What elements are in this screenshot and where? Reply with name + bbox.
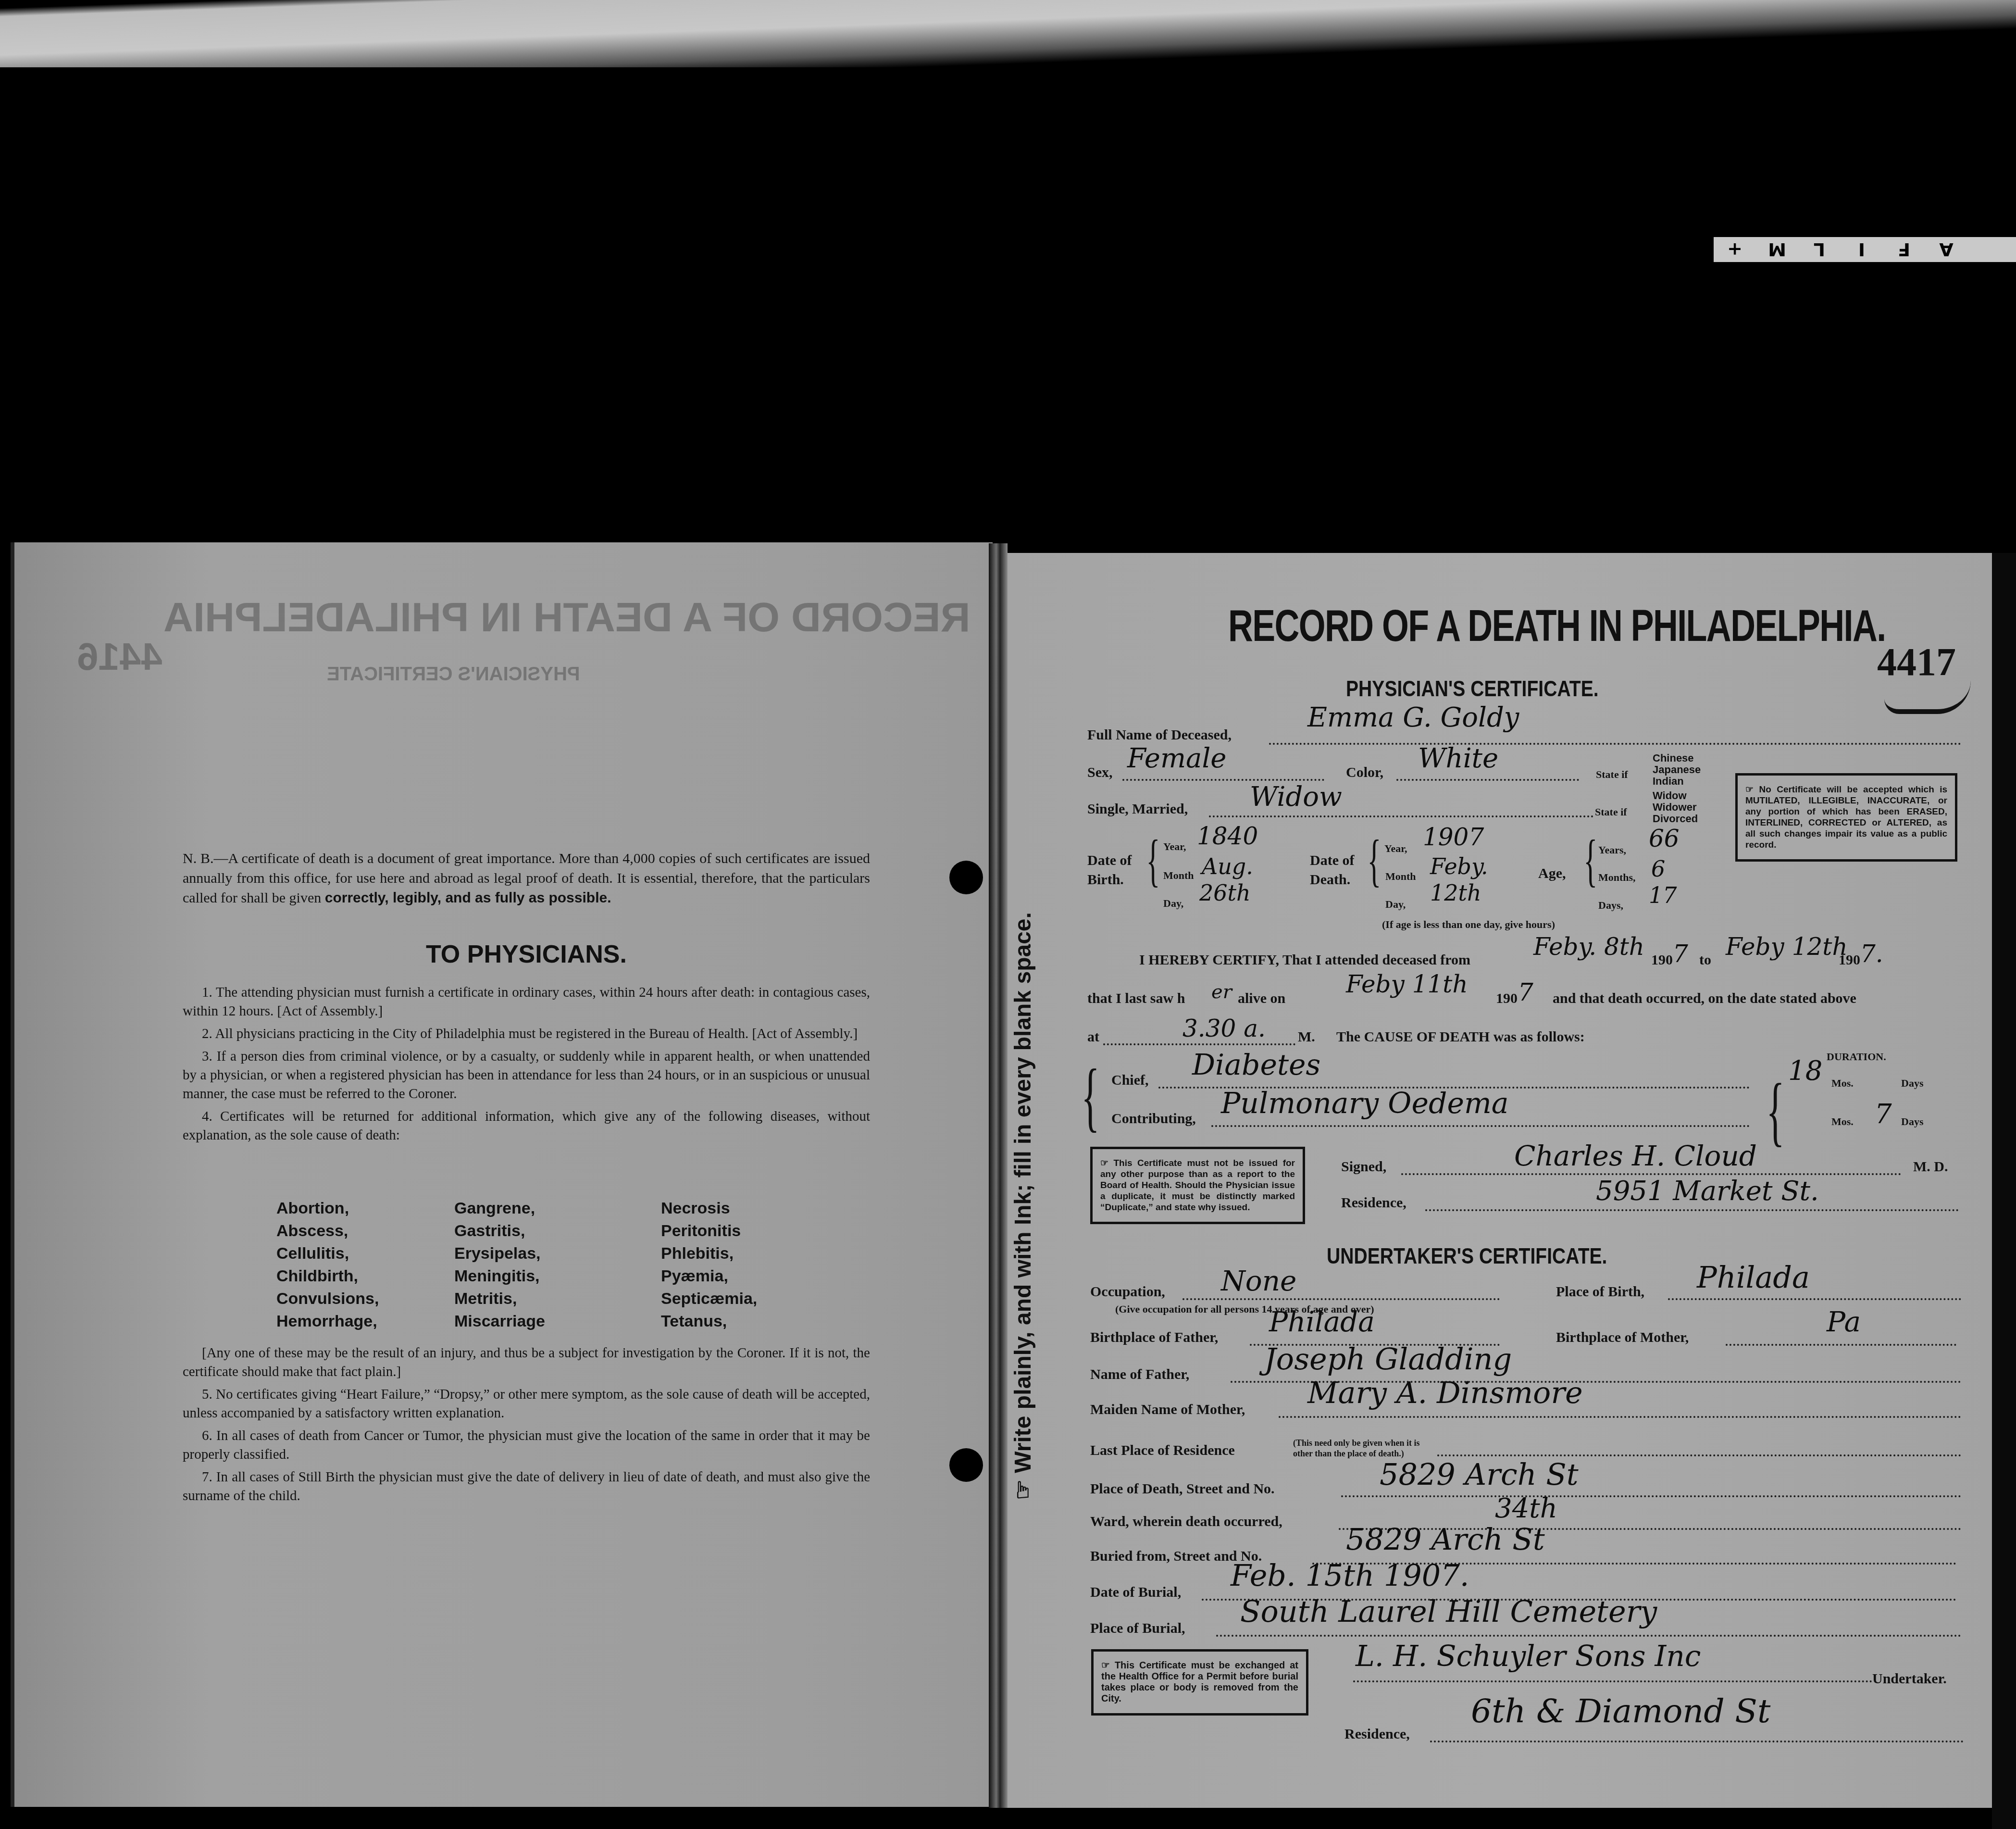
option: Chinese — [1653, 752, 1701, 764]
label-day: Day, — [1163, 897, 1183, 910]
field-line — [1396, 779, 1579, 781]
value-birthplace-mother[interactable]: Pa — [1827, 1305, 1861, 1338]
label-to: to — [1699, 952, 1711, 968]
field-line — [1182, 1298, 1500, 1300]
value-occupation[interactable]: None — [1221, 1265, 1296, 1297]
disease: Abscess, — [276, 1220, 454, 1242]
value-attended-to[interactable]: Feby 12th — [1726, 933, 1848, 961]
label-certify-attended: I HEREBY CERTIFY, That I attended deceas… — [1139, 952, 1470, 968]
label-days: Days, — [1598, 899, 1623, 912]
field-line — [1353, 1680, 1872, 1682]
label-signed: Signed, — [1341, 1159, 1386, 1175]
binder-hole — [949, 1448, 983, 1482]
physician-rules-continued: [Any one of these may be the result of a… — [183, 1344, 870, 1509]
option: Indian — [1653, 776, 1701, 787]
label-last-saw: that I last saw h — [1087, 990, 1185, 1007]
value-birth-month[interactable]: Aug. — [1202, 853, 1253, 879]
label-mos: Mos. — [1831, 1077, 1854, 1090]
value-birth-day[interactable]: 26th — [1199, 880, 1251, 906]
value-age-years[interactable]: 66 — [1649, 825, 1680, 852]
race-options: Chinese Japanese Indian — [1653, 752, 1701, 787]
disease: Abortion, — [276, 1197, 454, 1220]
value-attended-from[interactable]: Feby. 8th — [1533, 933, 1644, 961]
disease: Childbirth, — [276, 1265, 454, 1288]
label-year-prefix: 190 — [1839, 952, 1860, 968]
to-physicians-heading: TO PHYSICIANS. — [183, 940, 870, 969]
field-line — [1122, 779, 1324, 781]
notice-certificate-purpose: ☞ This Certificate must not be issued fo… — [1090, 1147, 1305, 1224]
label-days: Days — [1901, 1115, 1923, 1128]
value-attended-from-year[interactable]: 7 — [1673, 940, 1688, 968]
film-glyph: M — [1756, 239, 1798, 260]
value-time-of-death[interactable]: 3.30 a. — [1182, 1015, 1266, 1042]
field-line — [1430, 1741, 1964, 1742]
field-line — [1269, 743, 1961, 745]
label-mos: Mos. — [1831, 1115, 1854, 1128]
label-year-prefix: 190 — [1496, 990, 1518, 1007]
value-chief-cause[interactable]: Diabetes — [1192, 1048, 1320, 1082]
film-edge-band — [0, 0, 2016, 67]
label-place-of-death: Place of Death, Street and No. — [1090, 1481, 1275, 1497]
disease: Peritonitis — [661, 1220, 829, 1242]
label-year-prefix: 190 — [1651, 952, 1673, 968]
field-line — [1437, 1454, 1961, 1456]
value-marital[interactable]: Widow — [1250, 781, 1342, 813]
rule-item: 2. All physicians practicing in the City… — [183, 1025, 870, 1043]
disease: Meningitis, — [454, 1265, 661, 1288]
label-state-if: State if — [1595, 806, 1627, 818]
certificate-title: RECORD OF A DEATH IN PHILADELPHIA. — [1228, 601, 1886, 651]
field-line — [1726, 1344, 1956, 1346]
value-birth-year[interactable]: 1840 — [1197, 822, 1258, 850]
label-single-married: Single, Married, — [1087, 801, 1188, 817]
field-line — [1341, 1495, 1961, 1497]
value-physician-signature[interactable]: Charles H. Cloud — [1514, 1140, 1757, 1172]
value-undertaker-residence[interactable]: 6th & Diamond St — [1471, 1692, 1770, 1730]
value-last-seen[interactable]: Feby 11th — [1346, 970, 1468, 998]
label-birthplace-father: Birthplace of Father, — [1090, 1329, 1218, 1346]
label-duration: DURATION. — [1827, 1051, 1886, 1063]
notice-exchange-permit: ☞ This Certificate must be exchanged at … — [1091, 1649, 1308, 1716]
disease: Hemorrhage, — [276, 1310, 454, 1333]
label-last-residence-note: (This need only be given when it is othe… — [1293, 1438, 1432, 1459]
value-birthplace-father[interactable]: Philada — [1269, 1305, 1375, 1338]
label-full-name: Full Name of Deceased, — [1087, 727, 1232, 743]
label-sex: Sex, — [1087, 764, 1113, 781]
disease: Erysipelas, — [454, 1242, 661, 1265]
film-glyph: A — [1925, 239, 1967, 260]
rule-item: 7. In all cases of Still Birth the physi… — [183, 1468, 870, 1505]
film-glyph: L — [1798, 239, 1841, 260]
label-month: Month — [1163, 869, 1194, 882]
option: Divorced — [1653, 813, 1698, 825]
value-attended-to-year[interactable]: 7. — [1860, 940, 1883, 968]
label-day: Day, — [1385, 898, 1406, 911]
label-cause-intro: The CAUSE OF DEATH was as follows: — [1336, 1029, 1585, 1045]
brace-icon: { — [1766, 1072, 1784, 1149]
value-undertaker-signature[interactable]: L. H. Schuyler Sons Inc — [1356, 1640, 1701, 1673]
rule-item: 6. In all cases of death from Cancer or … — [183, 1427, 870, 1464]
field-line — [1279, 1416, 1961, 1418]
brace-icon: { — [1081, 1058, 1099, 1135]
label-death-occurred: and that death occurred, on the date sta… — [1553, 990, 1856, 1007]
field-line — [1211, 1125, 1750, 1127]
label-month: Month — [1385, 870, 1416, 883]
field-line — [1209, 815, 1593, 817]
label-md: M. D. — [1913, 1159, 1948, 1175]
label-year: Year, — [1384, 842, 1407, 855]
label-undertaker-residence: Residence, — [1344, 1726, 1410, 1742]
film-leader-strip: + M L I F A — [1714, 237, 2016, 262]
label-last-residence: Last Place of Residence — [1090, 1442, 1235, 1459]
value-contributing-duration-days[interactable]: 7 — [1875, 1099, 1892, 1130]
value-ward[interactable]: 34th — [1495, 1493, 1557, 1524]
rule-item: 5. No certificates giving “Heart Failure… — [183, 1385, 870, 1423]
marital-options: Widow Widower Divorced — [1653, 790, 1698, 825]
label-chief: Chief, — [1111, 1072, 1149, 1089]
ghost-subtitle-bleedthrough: PHYSICIAN'S CERTIFICATE — [327, 664, 580, 685]
label-contributing: Contributing, — [1111, 1111, 1196, 1127]
film-glyph: F — [1883, 239, 1925, 260]
margin-instruction: ☞ Write plainly, and with Ink; fill in e… — [1009, 912, 1036, 1500]
disease: Miscarriage — [454, 1310, 661, 1333]
label-state-if: State if — [1596, 768, 1628, 781]
label-date-of-death: Date of Death. — [1310, 851, 1358, 889]
value-date-burial[interactable]: Feb. 15th 1907. — [1231, 1558, 1469, 1593]
value-physician-residence[interactable]: 5951 Market St. — [1596, 1176, 1819, 1207]
disease: Cellulitis, — [276, 1242, 454, 1265]
binder-hole — [949, 861, 983, 894]
rule-item: 1. The attending physician must furnish … — [183, 983, 870, 1021]
physician-rules: 1. The attending physician must furnish … — [183, 983, 870, 1149]
film-glyph: I — [1841, 239, 1883, 260]
label-undertaker: Undertaker. — [1872, 1671, 1947, 1687]
label-age-hours-note: (If age is less than one day, give hours… — [1382, 918, 1555, 931]
field-line — [1103, 1043, 1295, 1045]
label-name-father: Name of Father, — [1090, 1366, 1189, 1383]
disease: Necrosis — [661, 1197, 829, 1220]
value-maiden-mother[interactable]: Mary A. Dinsmore — [1307, 1375, 1583, 1410]
label-months: Months, — [1598, 871, 1636, 884]
label-place-burial: Place of Burial, — [1090, 1620, 1185, 1637]
label-days: Days — [1901, 1077, 1923, 1090]
disease: Septicæmia, — [661, 1288, 829, 1310]
disease: Convulsions, — [276, 1288, 454, 1310]
label-date-of-birth: Date of Birth. — [1087, 851, 1135, 889]
film-edge-right — [1992, 553, 2016, 1829]
label-occupation: Occupation, — [1090, 1284, 1165, 1300]
value-age-days[interactable]: 17 — [1649, 882, 1677, 908]
label-maiden-mother: Maiden Name of Mother, — [1090, 1402, 1245, 1418]
disease: Metritis, — [454, 1288, 661, 1310]
brace-icon: { — [1583, 832, 1597, 889]
label-years: Years, — [1598, 844, 1626, 856]
option: Widower — [1653, 802, 1698, 813]
option: Japanese — [1653, 764, 1701, 776]
field-line — [1425, 1209, 1959, 1211]
value-place-burial[interactable]: South Laurel Hill Cemetery — [1240, 1594, 1657, 1629]
disease: Pyæmia, — [661, 1265, 829, 1288]
field-line — [1668, 1298, 1961, 1300]
label-ward: Ward, wherein death occurred, — [1090, 1514, 1282, 1530]
value-contributing-cause[interactable]: Pulmonary Oedema — [1221, 1087, 1509, 1120]
label-color: Color, — [1346, 764, 1383, 781]
label-date-burial: Date of Burial, — [1090, 1584, 1181, 1601]
value-name-father[interactable]: Joseph Gladding — [1264, 1341, 1512, 1377]
field-line — [1216, 1635, 1961, 1637]
label-residence: Residence, — [1341, 1195, 1406, 1211]
nb-notice: N. B.—A certificate of death is a docume… — [183, 849, 870, 908]
disease-list: Abortion, Gangrene, Necrosis Abscess, Ga… — [276, 1197, 829, 1333]
brace-icon: { — [1367, 832, 1381, 889]
option: Widow — [1653, 790, 1698, 802]
value-buried-from[interactable]: 5829 Arch St — [1346, 1522, 1545, 1557]
nb-emphasis: correctly, legibly, and as fully as poss… — [325, 890, 611, 906]
value-chief-duration-mos[interactable]: 18 — [1788, 1055, 1822, 1087]
label-at: at — [1087, 1029, 1099, 1045]
label-place-of-birth: Place of Birth, — [1556, 1284, 1644, 1300]
value-color[interactable]: White — [1418, 743, 1498, 774]
label-alive-on: alive on — [1238, 990, 1285, 1007]
disease: Phlebitis, — [661, 1242, 829, 1265]
label-year: Year, — [1163, 840, 1186, 853]
field-line — [1401, 1173, 1901, 1175]
value-full-name[interactable]: Emma G. Goldy — [1307, 702, 1519, 733]
notice-no-certificate-accepted: ☞ No Certificate will be accepted which … — [1735, 773, 1957, 862]
label-birthplace-mother: Birthplace of Mother, — [1556, 1329, 1689, 1346]
rule-item: 3. If a person dies from criminal violen… — [183, 1047, 870, 1103]
value-death-day[interactable]: 12th — [1430, 880, 1481, 906]
value-pronoun[interactable]: er — [1211, 981, 1232, 1003]
label-age: Age, — [1538, 865, 1566, 882]
certificate-number: 4417 — [1877, 639, 1956, 685]
value-age-months[interactable]: 6 — [1651, 856, 1665, 882]
ghost-title-bleedthrough: RECORD OF A DEATH IN PHILADELPHIA — [163, 594, 971, 641]
value-death-month[interactable]: Feby. — [1430, 853, 1488, 879]
value-last-seen-year[interactable]: 7 — [1518, 978, 1533, 1006]
physician-certificate-header: PHYSICIAN'S CERTIFICATE. — [1346, 676, 1599, 702]
left-page — [11, 542, 993, 1807]
value-death-year[interactable]: 1907 — [1423, 823, 1484, 851]
film-glyph: + — [1714, 239, 1756, 260]
value-sex[interactable]: Female — [1127, 743, 1226, 774]
undertaker-certificate-header: UNDERTAKER'S CERTIFICATE. — [1327, 1243, 1607, 1269]
ghost-number-bleedthrough: 4416 — [77, 635, 162, 679]
disease: Gangrene, — [454, 1197, 661, 1220]
disease: Tetanus, — [661, 1310, 829, 1333]
rule-item: 4. Certificates will be returned for add… — [183, 1107, 870, 1145]
value-place-of-death[interactable]: 5829 Arch St — [1380, 1457, 1579, 1492]
label-m: M. — [1298, 1029, 1315, 1045]
disease: Gastritis, — [454, 1220, 661, 1242]
book-spine — [989, 543, 1008, 1808]
rule-item: [Any one of these may be the result of a… — [183, 1344, 870, 1381]
value-place-of-birth[interactable]: Philada — [1697, 1260, 1810, 1295]
brace-icon: { — [1146, 832, 1160, 889]
